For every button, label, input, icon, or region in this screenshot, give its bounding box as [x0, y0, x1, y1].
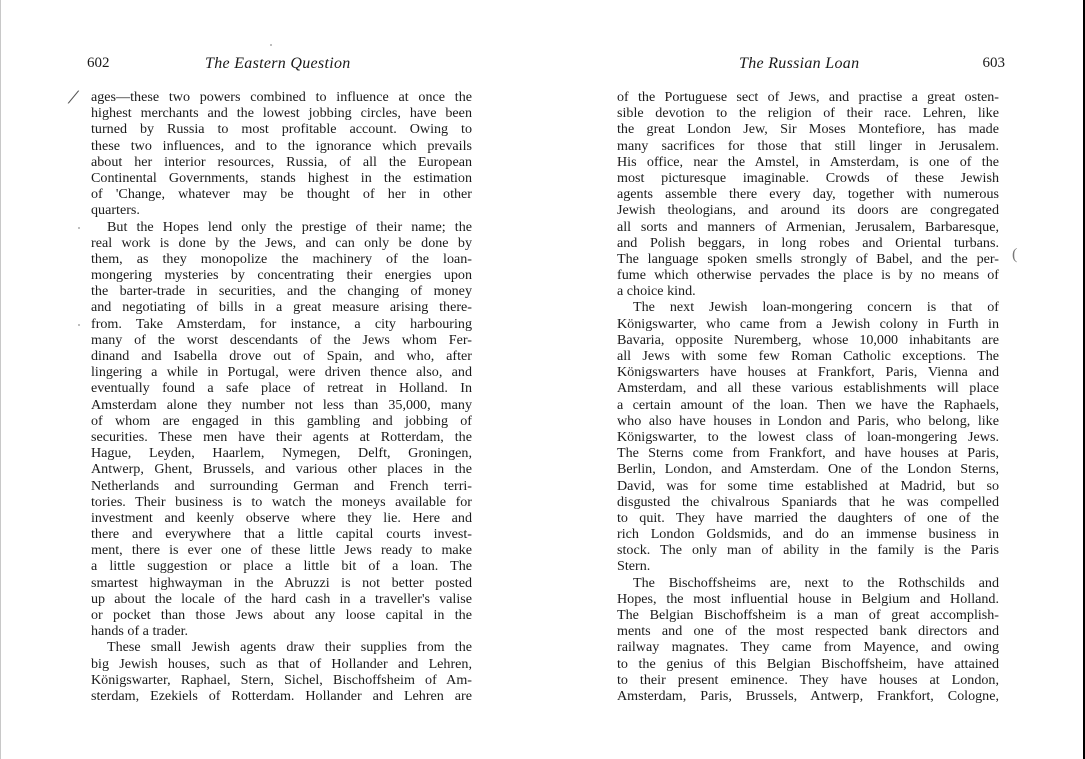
text-line: of 'Change, whatever may be thought of h…: [91, 186, 472, 202]
page-body-text: ages—these two powers combined to influe…: [91, 89, 472, 704]
text-line: of whom are engaged in this gambling and…: [91, 413, 472, 429]
text-line: to quit. They have married the daughters…: [617, 510, 999, 526]
text-line: Königswarter, Raphael, Stern, Sichel, Bi…: [91, 672, 472, 688]
page-body-text: of the Portuguese sect of Jews, and prac…: [617, 89, 999, 704]
running-title: The Russian Loan: [739, 55, 859, 73]
text-line: Antwerp, Ghent, Brussels, and various ot…: [91, 461, 472, 477]
margin-speck: [78, 227, 80, 229]
text-line: disgusted the chivalrous Spaniards that …: [617, 494, 999, 510]
left-frame-edge: [0, 0, 1, 759]
margin-pencil-mark: /: [67, 84, 78, 111]
text-line: to the genius of this Belgian Bischoffsh…: [617, 656, 999, 672]
text-line: Königswarter, to the lowest class of loa…: [617, 429, 999, 445]
text-line: Amsterdam alone they number not less tha…: [91, 397, 472, 413]
text-line: many sacrifices for those that still lin…: [617, 138, 999, 154]
text-line: Bavaria, opposite Nuremberg, whose 10,00…: [617, 332, 999, 348]
text-line: eventually found a safe place of retreat…: [91, 380, 472, 396]
running-title: The Eastern Question: [205, 55, 351, 73]
text-line: securities. These men have their agents …: [91, 429, 472, 445]
text-line: The next Jewish loan-mongering concern i…: [617, 299, 999, 315]
page-number: 602: [87, 55, 110, 72]
text-line: The language spoken smells strongly of B…: [617, 251, 999, 267]
text-line: rich London Goldsmids, and do an immense…: [617, 526, 999, 542]
text-line: a certain amount of the loan. Then we ha…: [617, 397, 999, 413]
text-line: about her interior resources, Russia, of…: [91, 154, 472, 170]
text-line: ages—these two powers combined to influe…: [91, 89, 472, 105]
text-line: The Bischoffsheims are, next to the Roth…: [617, 575, 999, 591]
text-line: Königswarter, who came from a Jewish col…: [617, 316, 999, 332]
text-line: The Belgian Bischoffsheim is a man of gr…: [617, 607, 999, 623]
text-line: Hague, Leyden, Haarlem, Nymegen, Delft, …: [91, 445, 472, 461]
text-line: sterdam, Ezekiels of Rotterdam. Hollande…: [91, 688, 472, 704]
text-line: up about the locale of the hard cash in …: [91, 591, 472, 607]
text-line: The Sterns come from Frankfort, and have…: [617, 445, 999, 461]
text-line: mongering mysteries by concentrating the…: [91, 267, 472, 283]
page-number: 603: [983, 55, 1006, 72]
text-line: there and everywhere that a little capit…: [91, 526, 472, 542]
text-line: David, was for some time established at …: [617, 478, 999, 494]
text-line: or pocket than those Jews about any loos…: [91, 607, 472, 623]
text-line: quarters.: [91, 202, 472, 218]
left-page: 602 The Eastern Question ages—these two …: [91, 0, 472, 759]
running-head: The Russian Loan 603: [617, 55, 999, 77]
text-line: the great London Jew, Sir Moses Montefio…: [617, 121, 999, 137]
text-line: all Jews with some few Roman Catholic ex…: [617, 348, 999, 364]
text-line: and negotiating of bills in a great meas…: [91, 299, 472, 315]
text-line: tories. Their business is to watch the m…: [91, 494, 472, 510]
text-line: who also have houses in London and Paris…: [617, 413, 999, 429]
text-line: agents assemble there every day, togethe…: [617, 186, 999, 202]
text-line: dinand and Isabella drove out of Spain, …: [91, 348, 472, 364]
text-line: many of the worst descendants of the Jew…: [91, 332, 472, 348]
text-line: But the Hopes lend only the prestige of …: [91, 219, 472, 235]
text-line: a little suggestion or place a little bi…: [91, 558, 472, 574]
text-line: most picturesque imaginable. Crowds of t…: [617, 170, 999, 186]
text-line: Hopes, the most influential house in Bel…: [617, 591, 999, 607]
text-line: His office, near the Amstel, in Amsterda…: [617, 154, 999, 170]
text-line: ments and one of the most respected bank…: [617, 623, 999, 639]
text-line: These small Jewish agents draw their sup…: [91, 639, 472, 655]
text-line: Königswarters have houses at Frankfort, …: [617, 364, 999, 380]
text-line: Netherlands and surrounding German and F…: [91, 478, 472, 494]
text-line: the barter-trade in securities, and the …: [91, 283, 472, 299]
text-line: Jewish theologians, and around its doors…: [617, 202, 999, 218]
text-line: fume which otherwise pervades the place …: [617, 267, 999, 283]
text-line: Stern.: [617, 558, 999, 574]
margin-pencil-mark-right: (: [1012, 246, 1017, 264]
running-head: 602 The Eastern Question: [91, 55, 472, 77]
text-line: investment and keenly observe where they…: [91, 510, 472, 526]
text-line: Amsterdam, Paris, Brussels, Antwerp, Fra…: [617, 688, 999, 704]
text-line: them, as they monopolize the machinery o…: [91, 251, 472, 267]
text-line: all sorts and manners of Armenian, Jerus…: [617, 219, 999, 235]
text-line: smartest highwayman in the Abruzzi is no…: [91, 575, 472, 591]
text-line: a choice kind.: [617, 283, 999, 299]
text-line: big Jewish houses, such as that of Holla…: [91, 656, 472, 672]
text-line: sible devotion to the religion of their …: [617, 105, 999, 121]
text-line: from. Take Amsterdam, for instance, a ci…: [91, 316, 472, 332]
text-line: stock. The only man of ability in the fa…: [617, 542, 999, 558]
text-line: lingering a while in Portugal, were driv…: [91, 364, 472, 380]
text-line: Amsterdam, and all these various establi…: [617, 380, 999, 396]
right-page: The Russian Loan 603 of the Portuguese s…: [617, 0, 999, 759]
text-line: Berlin, London, and Amsterdam. One of th…: [617, 461, 999, 477]
text-line: to their present eminence. They have hou…: [617, 672, 999, 688]
margin-speck: [78, 324, 80, 326]
text-line: of the Portuguese sect of Jews, and prac…: [617, 89, 999, 105]
text-line: hands of a trader.: [91, 623, 472, 639]
text-line: and Polish beggars, in long robes and Or…: [617, 235, 999, 251]
text-line: these two influences, and to the ignoran…: [91, 138, 472, 154]
text-line: turned by Russia to most profitable acco…: [91, 121, 472, 137]
text-line: real work is done by the Jews, and can o…: [91, 235, 472, 251]
text-line: Continental Governments, stands highest …: [91, 170, 472, 186]
text-line: highest merchants and the lowest jobbing…: [91, 105, 472, 121]
text-line: railway magnates. They came from Mayence…: [617, 639, 999, 655]
text-line: ment, there is ever one of these little …: [91, 542, 472, 558]
